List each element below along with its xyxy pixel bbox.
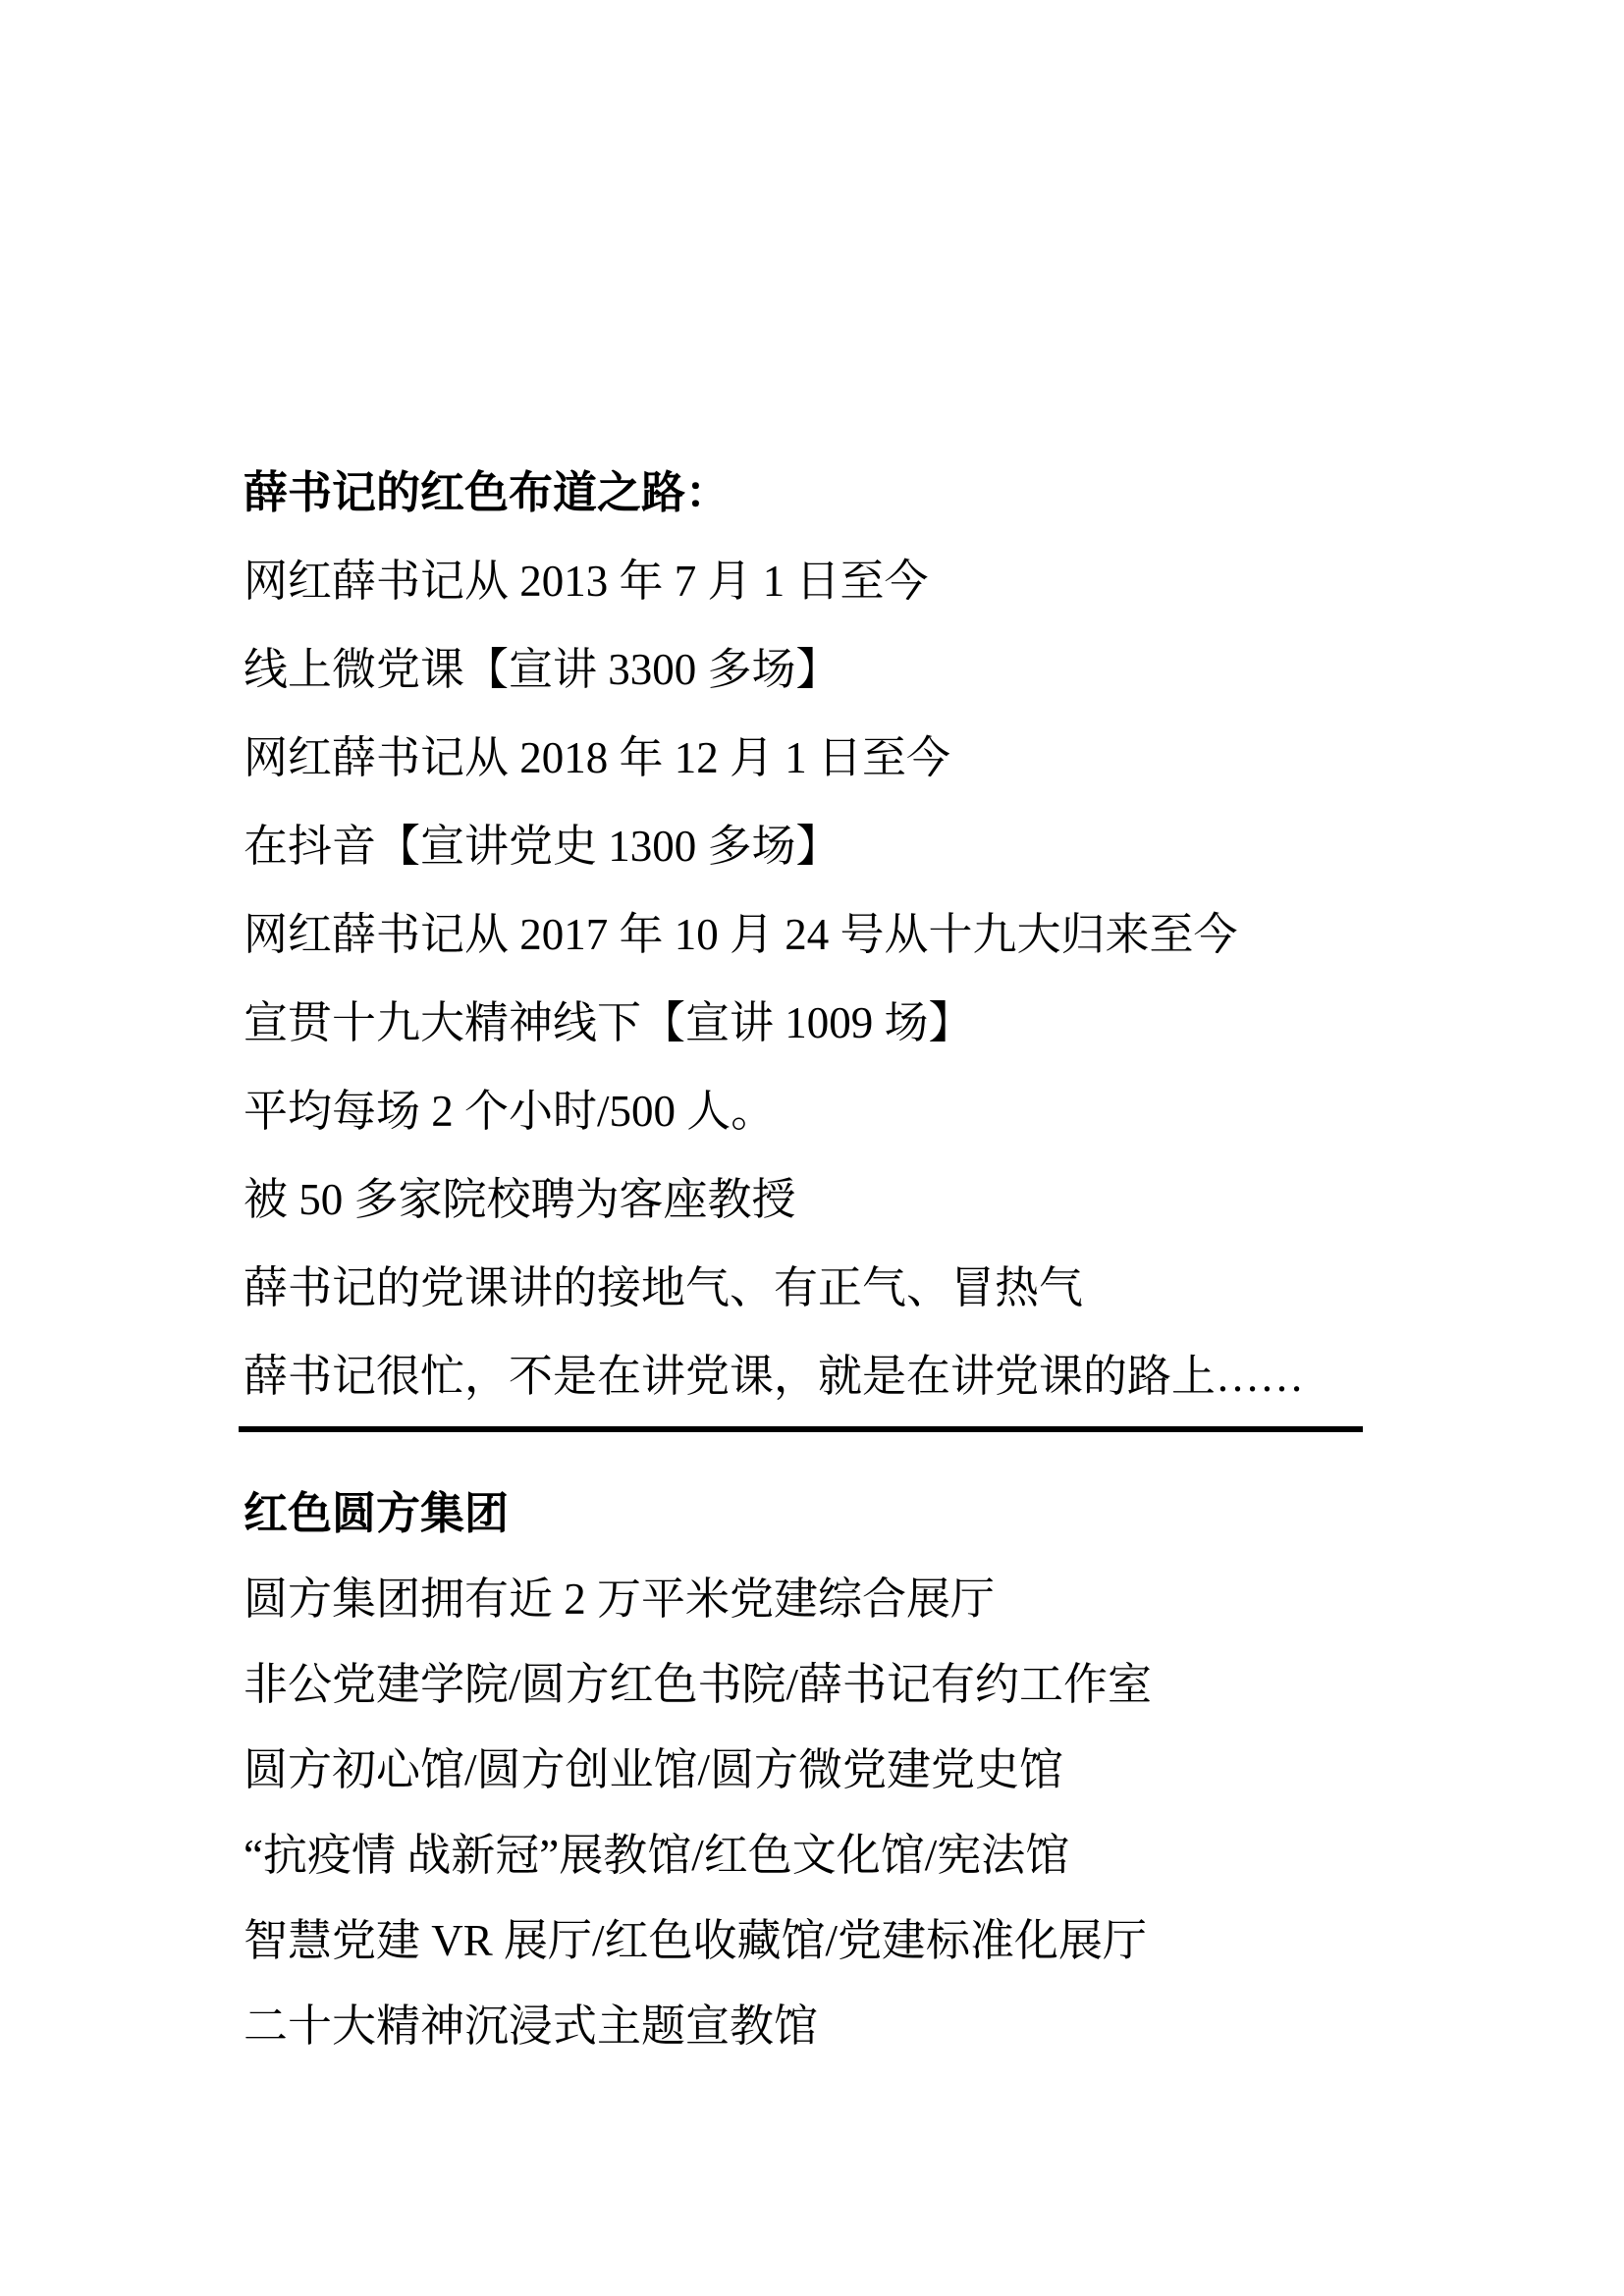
section2-line-5: 智慧党建 VR 展厅/红色收藏馆/党建标准化展厅 xyxy=(244,1898,1363,1984)
section1-line-4: 在抖音【宣讲党史 1300 多场】 xyxy=(244,802,1363,890)
document-page: 薛书记的红色布道之路： 网红薛书记从 2013 年 7 月 1 日至今 线上微党… xyxy=(0,0,1624,2296)
section1-line-8: 被 50 多家院校聘为客座教授 xyxy=(244,1155,1363,1244)
section1-line-9: 薛书记的党课讲的接地气、有正气、冒热气 xyxy=(244,1244,1363,1332)
section2-line-2: 非公党建学院/圆方红色书院/薛书记有约工作室 xyxy=(244,1642,1363,1728)
section1-line-2: 线上微党课【宣讲 3300 多场】 xyxy=(244,625,1363,714)
section2-line-1: 圆方集团拥有近 2 万平米党建综合展厅 xyxy=(244,1557,1363,1642)
section1-line-5: 网红薛书记从 2017 年 10 月 24 号从十九大归来至今 xyxy=(244,890,1363,979)
section2-line-4: “抗疫情 战新冠”展教馆/红色文化馆/宪法馆 xyxy=(244,1813,1363,1898)
section2-line-6: 二十大精神沉浸式主题宣教馆 xyxy=(244,1984,1363,2069)
section1-line-10: 薛书记很忙，不是在讲党课，就是在讲党课的路上…… xyxy=(244,1332,1363,1420)
section1-line-7: 平均每场 2 个小时/500 人。 xyxy=(244,1067,1363,1155)
section1-line-3: 网红薛书记从 2018 年 12 月 1 日至今 xyxy=(244,714,1363,802)
section1-heading: 薛书记的红色布道之路： xyxy=(244,449,1363,537)
section-divider xyxy=(239,1426,1363,1432)
document-content: 薛书记的红色布道之路： 网红薛书记从 2013 年 7 月 1 日至今 线上微党… xyxy=(244,449,1363,2069)
section2-line-3: 圆方初心馆/圆方创业馆/圆方微党建党史馆 xyxy=(244,1728,1363,1813)
section2-heading: 红色圆方集团 xyxy=(244,1471,1363,1557)
section1-line-1: 网红薛书记从 2013 年 7 月 1 日至今 xyxy=(244,537,1363,625)
section1-line-6: 宣贯十九大精神线下【宣讲 1009 场】 xyxy=(244,979,1363,1067)
